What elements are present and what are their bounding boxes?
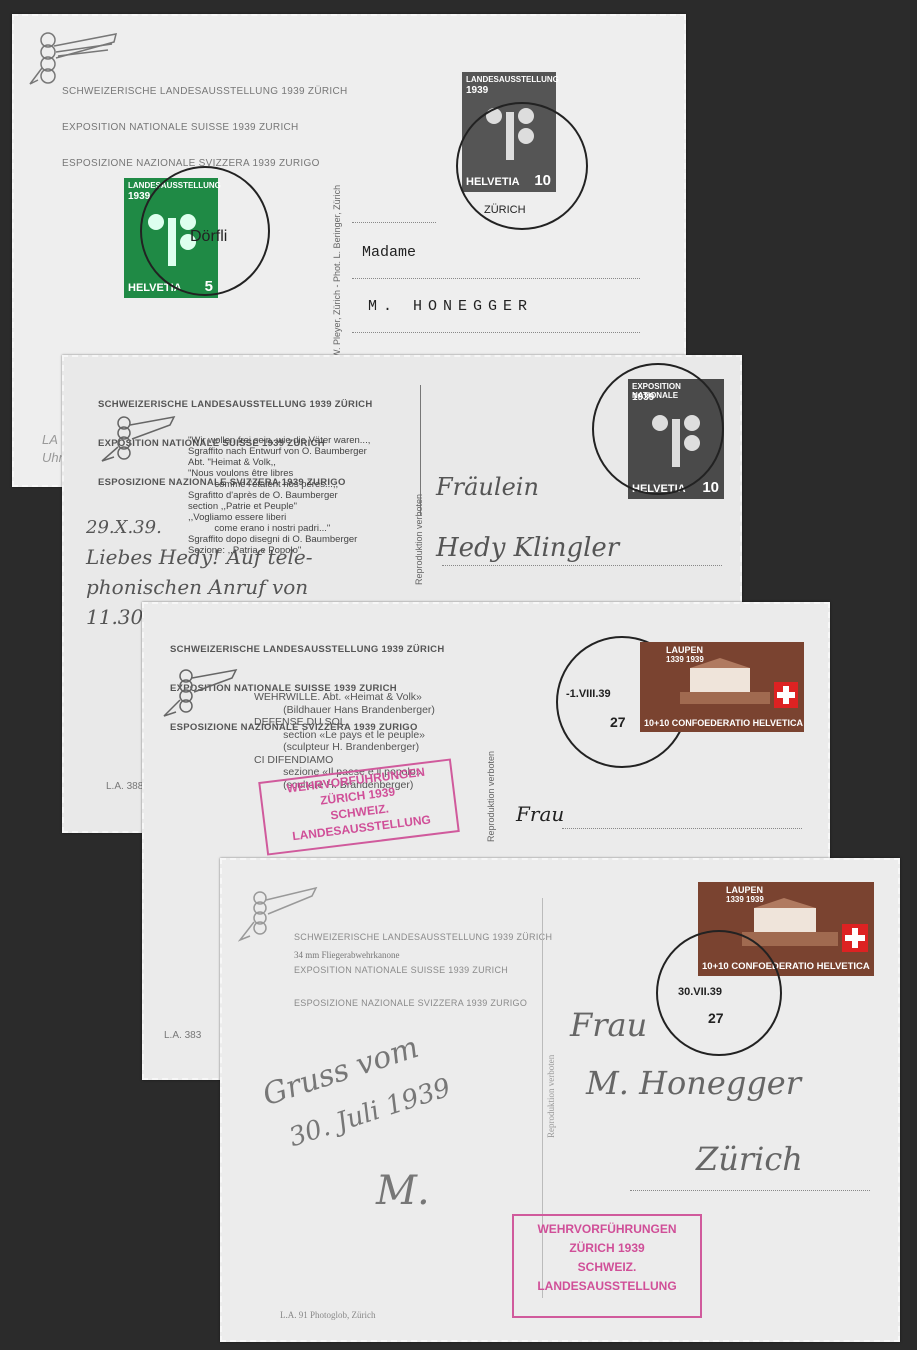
reproduction-notice: Reproduktion verboten <box>546 1055 556 1138</box>
postmark-city: ZÜRICH <box>484 204 526 216</box>
postmark-number: 27 <box>610 714 626 730</box>
castle-icon <box>742 894 838 946</box>
address-line-3: Zürich <box>696 1140 803 1178</box>
card-number: L.A. 383 <box>164 1030 201 1041</box>
postmark-date: 30.VII.39 <box>678 986 722 998</box>
postmark-place: Dörfli <box>190 228 227 246</box>
postcard-4: SCHWEIZERISCHE LANDESAUSSTELLUNG 1939 ZÜ… <box>220 858 900 1342</box>
address-line-1: Madame <box>362 244 416 261</box>
address-line <box>630 1190 870 1191</box>
reproduction-notice: Reproduktion verboten <box>486 751 496 842</box>
handwritten-message: Liebes Hedy! Auf tele- <box>86 545 313 569</box>
postmark-date: -1.VIII.39 <box>566 688 611 700</box>
wing-logo-icon <box>162 668 238 718</box>
header-line-fr: EXPOSITION NATIONALE SUISSE 1939 ZURICH <box>62 122 348 134</box>
handwritten-signature: M. <box>376 1168 430 1214</box>
header-line-de: SCHWEIZERISCHE LANDESAUSSTELLUNG 1939 ZÜ… <box>294 932 552 943</box>
address-line-2: Hedy Klingler <box>436 533 619 563</box>
header-line-de: SCHWEIZERISCHE LANDESAUSSTELLUNG 1939 ZÜ… <box>170 643 444 656</box>
swiss-cross-icon <box>774 682 798 708</box>
stamp-laupen-bundesfeier: LAUPEN 1339 1939 10+10 CONFOEDERATIO HEL… <box>640 642 804 732</box>
header-line-fr: EXPOSITION NATIONALE SUISSE 1939 ZURICH <box>294 965 552 976</box>
card-number: L.A. 388 <box>106 781 143 792</box>
address-line <box>442 565 722 566</box>
swiss-cross-icon <box>842 924 868 952</box>
exhibition-header: SCHWEIZERISCHE LANDESAUSSTELLUNG 1939 ZÜ… <box>294 910 552 1031</box>
card-caption: 34 mm Fliegerabwehrkanone <box>294 950 399 960</box>
header-line-de: SCHWEIZERISCHE LANDESAUSSTELLUNG 1939 ZÜ… <box>62 86 348 98</box>
address-line-2: M. Honegger <box>586 1064 801 1102</box>
partial-text: LA <box>42 432 58 447</box>
wing-logo-icon <box>100 415 176 463</box>
address-line-1: Frau <box>570 1006 647 1044</box>
handwritten-message: 11.30 <box>86 605 143 629</box>
address-line-2: M. HONEGGER <box>368 298 533 315</box>
header-line-de: SCHWEIZERISCHE LANDESAUSSTELLUNG 1939 ZÜ… <box>98 398 372 411</box>
address-line <box>562 828 802 829</box>
postmark <box>592 363 724 495</box>
reproduction-notice: Reproduktion verboten <box>414 494 424 585</box>
address-line <box>352 332 640 333</box>
header-line-it: ESPOSIZIONE NAZIONALE SVIZZERA 1939 ZURI… <box>294 998 552 1009</box>
handwritten-message: phonischen Anruf von <box>86 575 308 599</box>
address-line-1: Fräulein <box>436 473 539 501</box>
address-line-1: Frau <box>516 802 564 826</box>
wehrvorfuehrungen-cachet: WEHRVORFÜHRUNGENZÜRICH 1939SCHWEIZ.LANDE… <box>512 1214 702 1318</box>
handwritten-date: 29.X.39. <box>86 517 162 538</box>
address-line <box>352 222 436 223</box>
castle-icon <box>680 654 770 704</box>
card-number: L.A. 91 Photoglob, Zürich <box>280 1310 376 1320</box>
address-line <box>352 278 640 279</box>
postmark-number: 27 <box>708 1010 724 1026</box>
